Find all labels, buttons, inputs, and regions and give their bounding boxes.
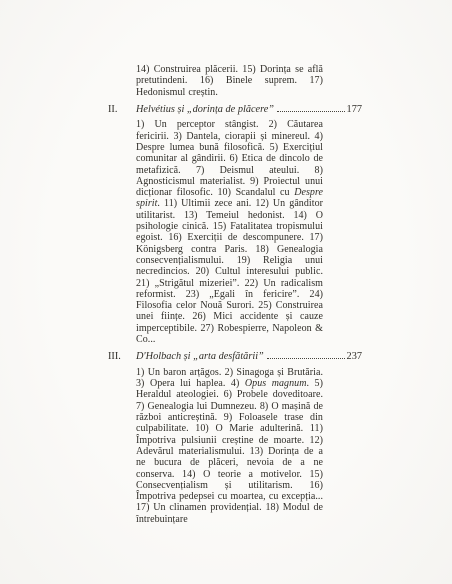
cited-work-title: Opus magnum — [245, 378, 307, 389]
chapter-2-page-number: 177 — [347, 104, 362, 117]
paragraph-text: . 11) Ultimii zece ani. 12) Un gânditor … — [136, 198, 323, 345]
chapter-2-numeral: II. — [108, 104, 136, 117]
toc-entry-chapter-2: II. Helvétius și „dorința de plăcere” 17… — [108, 104, 362, 117]
paragraph-text: 14) Construirea plăcerii. 15) Dorința se… — [136, 64, 323, 98]
toc-entry-chapter-3: III. D'Holbach și „arta desfătării” 237 — [108, 351, 362, 364]
chapter-2-title: Helvétius și „dorința de plăcere” — [136, 104, 274, 117]
chapter-3-page-number: 237 — [347, 351, 362, 364]
chapter-2-items: 1) Un perceptor stângist. 2) Căutarea fe… — [136, 119, 323, 345]
chapter-3-title: D'Holbach și „arta desfătării” — [136, 351, 264, 364]
paragraph-text: . 5) Heraldul ateologiei. 6) Probele dov… — [136, 378, 323, 525]
chapter-1-items-continued: 14) Construirea plăcerii. 15) Dorința se… — [136, 64, 323, 98]
book-page: 14) Construirea plăcerii. 15) Dorința se… — [0, 0, 452, 584]
table-of-contents: 14) Construirea plăcerii. 15) Dorința se… — [108, 64, 362, 525]
dotted-leader — [277, 111, 345, 112]
chapter-3-items: 1) Un baron arțăgos. 2) Sinagoga și Brut… — [136, 367, 323, 525]
chapter-3-numeral: III. — [108, 351, 136, 364]
dotted-leader — [267, 358, 345, 359]
